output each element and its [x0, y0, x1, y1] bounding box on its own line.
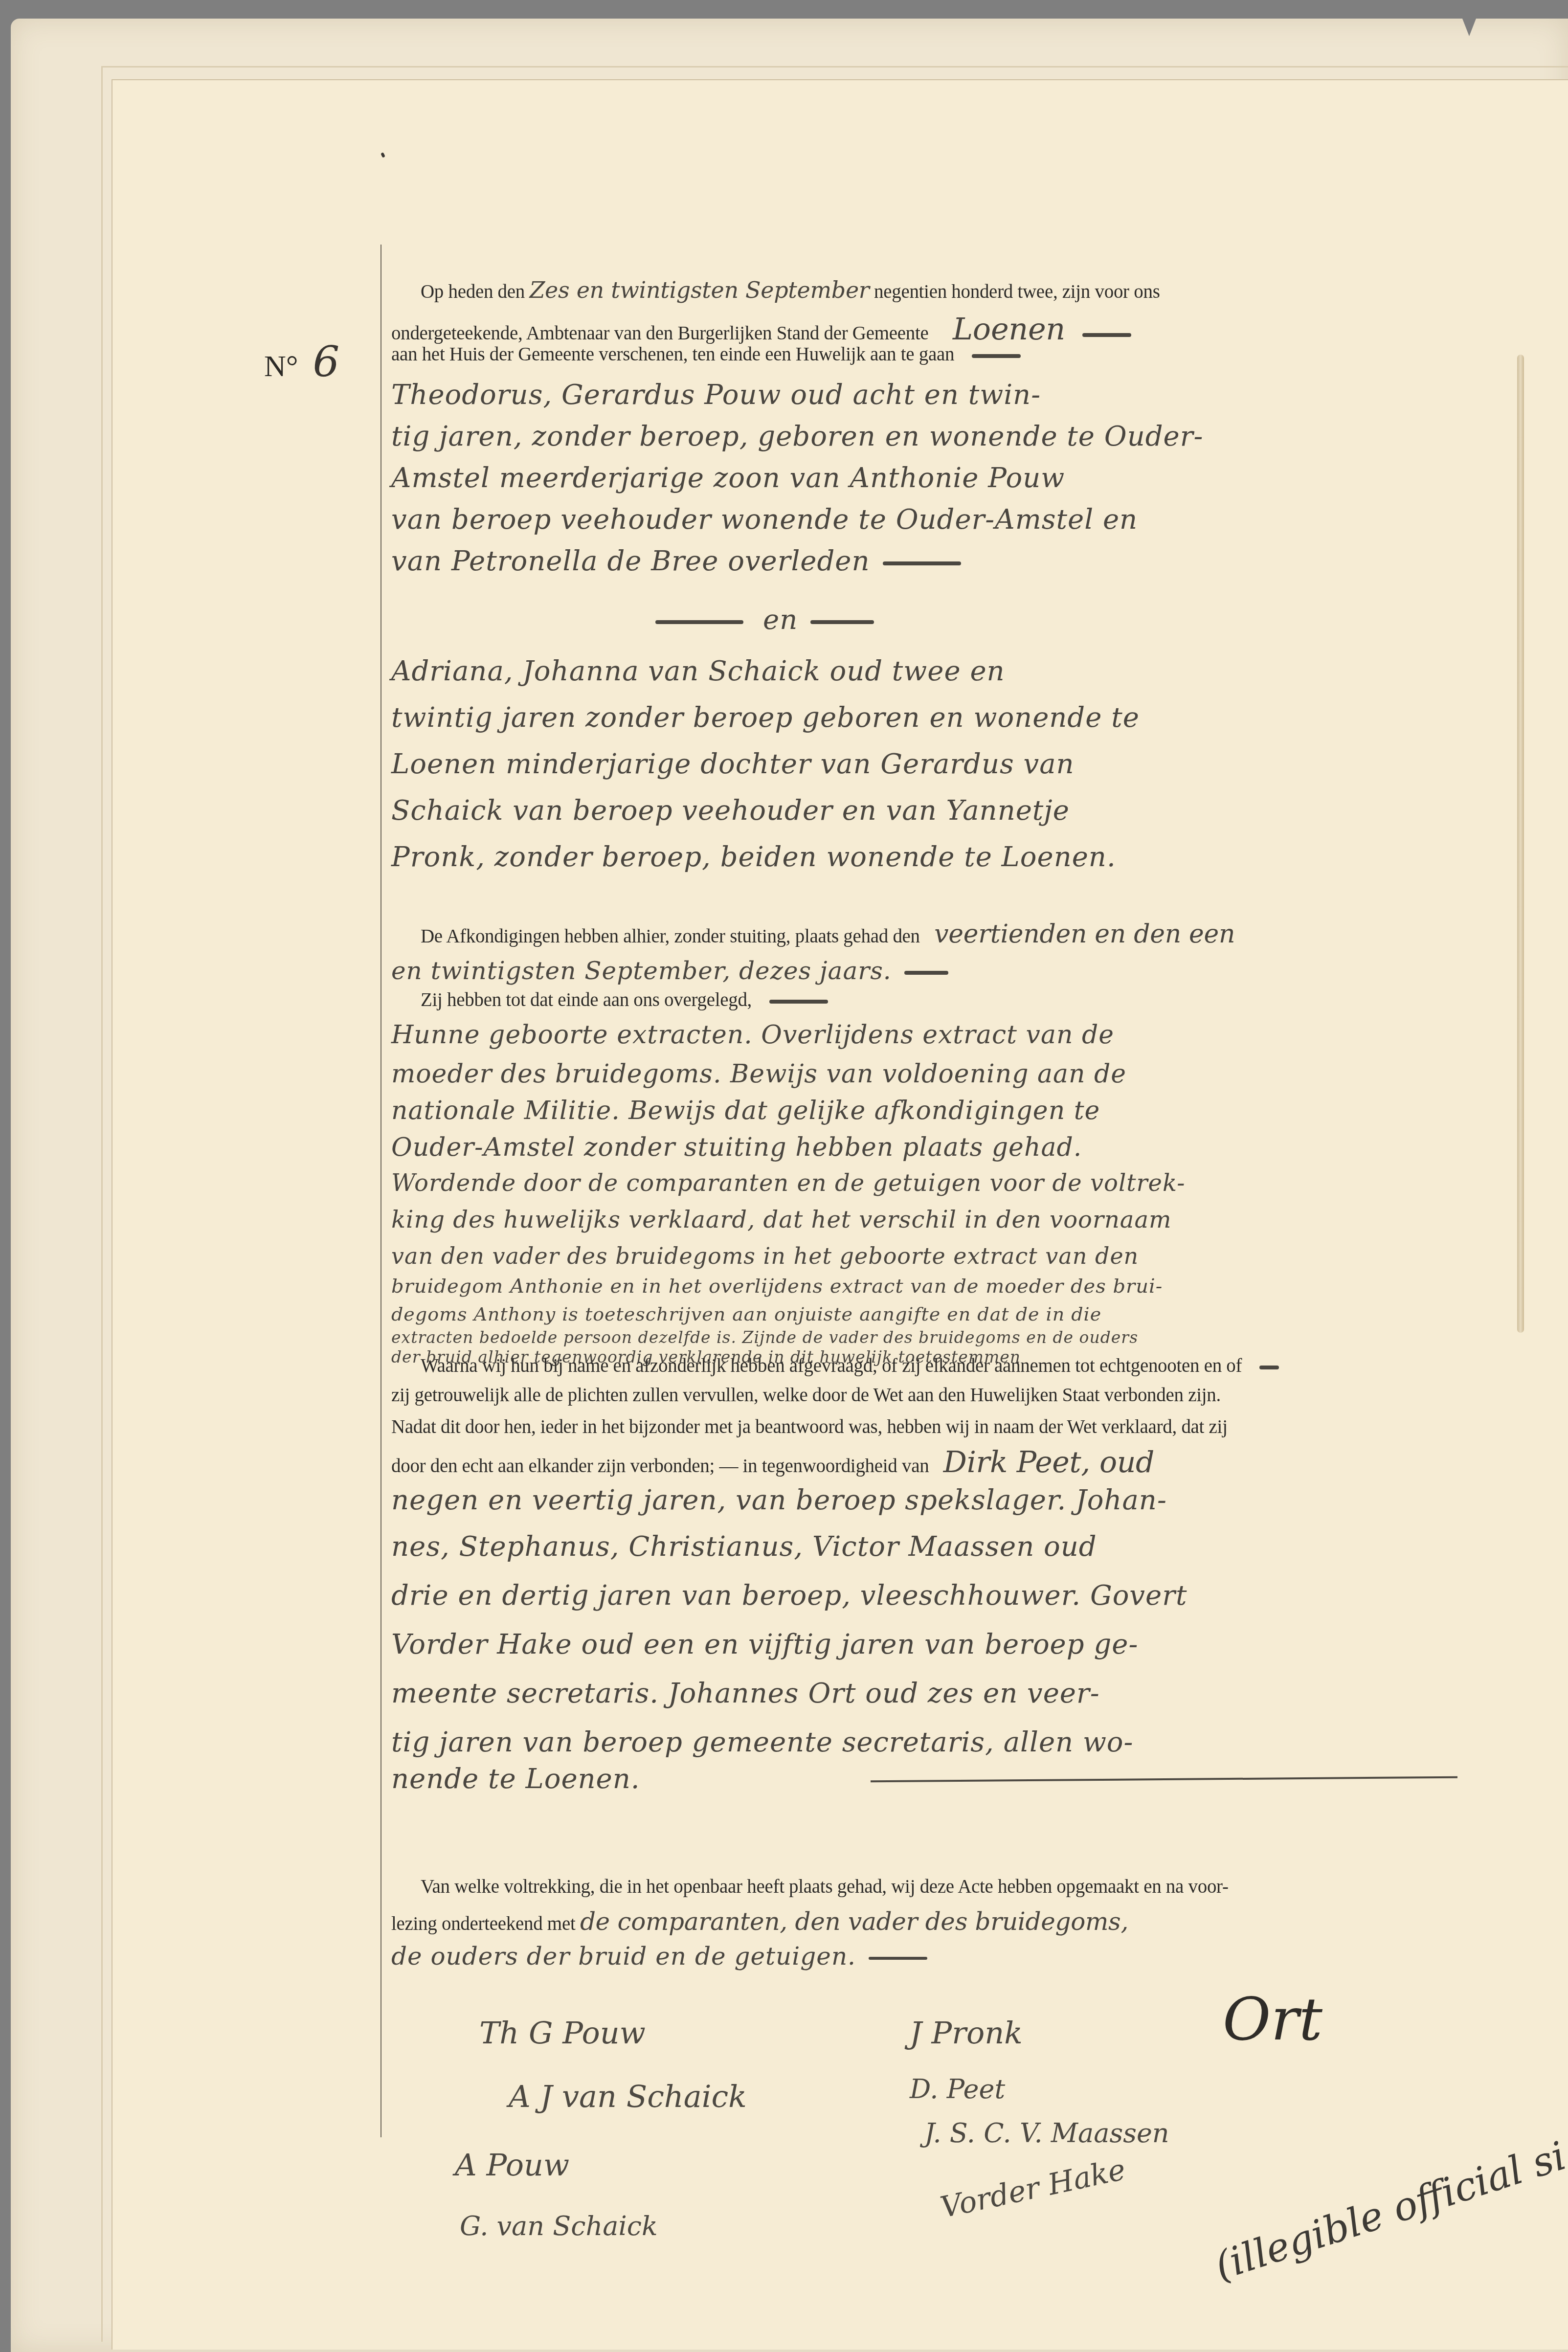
- filler-dash: [904, 971, 948, 975]
- vows-text: Waarna wij hun bij name en afzonderlijk …: [421, 1355, 1242, 1376]
- bride-line: Adriana, Johanna van Schaick oud twee en: [391, 658, 1506, 685]
- presence-prefix: door den echt aan elkander zijn verbonde…: [391, 1456, 929, 1477]
- witness-line: nende te Loenen.: [391, 1766, 1506, 1793]
- closing-line-2: lezing onderteekend met de comparanten, …: [391, 1907, 1128, 1936]
- closing-prefix: lezing onderteekend met: [391, 1913, 575, 1934]
- record-number: N°6: [264, 337, 339, 386]
- signature-bride-mother: J Pronk: [910, 2015, 1023, 2051]
- paper-tear: [1462, 19, 1476, 36]
- filler-dash: [1259, 1366, 1279, 1369]
- document-line: van den vader des bruidegoms in het gebo…: [391, 1245, 1506, 1267]
- closing-line-1: Van welke voltrekking, die in het openba…: [421, 1876, 1229, 1898]
- intro-prefix: Op heden den: [421, 281, 525, 302]
- filler-dash: [1082, 333, 1131, 337]
- margin-rule: [381, 245, 381, 2137]
- signature-witness-peet: D. Peet: [910, 2074, 1005, 2105]
- groom-line: Amstel meerderjarige zoon van Anthonie P…: [391, 465, 1506, 492]
- signature-groom: Th G Pouw: [479, 2015, 646, 2051]
- document-line: degoms Anthony is toeteschrijven aan onj…: [391, 1305, 1506, 1323]
- vows-line-3: Nadat dit door hen, ieder in het bijzond…: [391, 1416, 1228, 1438]
- witness-line: meente secretaris. Johannes Ort oud zes …: [391, 1680, 1506, 1707]
- witness-line: drie en dertig jaren van beroep, vleesch…: [391, 1582, 1506, 1610]
- filler-dash: [810, 620, 874, 624]
- groom-line: van Petronella de Bree overleden: [391, 548, 1506, 575]
- intro-line-2: ondergeteekende, Ambtenaar van den Burge…: [391, 311, 1131, 347]
- conjunction: en: [655, 606, 1568, 634]
- vows-line-1: Waarna wij hun bij name en afzonderlijk …: [421, 1355, 1279, 1377]
- witness-line: tig jaren van beroep gemeente secretaris…: [391, 1729, 1506, 1756]
- intro-line-3-text: aan het Huis der Gemeente verschenen, te…: [391, 344, 954, 365]
- groom-line: Theodorus, Gerardus Pouw oud acht en twi…: [391, 381, 1506, 409]
- groom-line: tig jaren, zonder beroep, geboren en won…: [391, 423, 1506, 450]
- vows-line-4: door den echt aan elkander zijn verbonde…: [391, 1445, 1154, 1479]
- number-label: N°: [264, 350, 298, 383]
- banns-printed: De Afkondigingen hebben alhier, zonder s…: [421, 926, 920, 947]
- closing-signers: de comparanten, den vader des bruidegoms…: [580, 1907, 1128, 1936]
- document-line: king des huwelijks verklaard, dat het ve…: [391, 1208, 1506, 1232]
- intro-suffix: negentien honderd twee, zijn voor ons: [874, 281, 1160, 302]
- filler-dash: [869, 1957, 927, 1960]
- document-line: moeder des bruidegoms. Bewijs van voldoe…: [391, 1061, 1506, 1087]
- banns-dates-2: en twintigsten September, dezes jaars.: [391, 957, 892, 985]
- bride-line: Pronk, zonder beroep, beiden wonende te …: [391, 844, 1506, 871]
- filler-dash: [655, 620, 743, 624]
- intro-line-1: Op heden den Zes en twintigsten Septembe…: [421, 277, 1160, 303]
- documents-intro: Zij hebben tot dat einde aan ons overgel…: [421, 989, 828, 1011]
- signature-groom-father: A Pouw: [455, 2147, 569, 2183]
- intro-line-3: aan het Huis der Gemeente verschenen, te…: [391, 343, 1021, 365]
- document-line: bruidegom Anthonie en in het overlijdens…: [391, 1277, 1506, 1296]
- document-line: Hunne geboorte extracten. Overlijdens ex…: [391, 1022, 1506, 1048]
- filler-dash: [769, 1000, 828, 1004]
- filler-dash: [972, 354, 1021, 358]
- number-value: 6: [313, 337, 340, 386]
- banns-line-2: en twintigsten September, dezes jaars.: [391, 959, 1506, 983]
- document-line: nationale Militie. Bewijs dat gelijke af…: [391, 1098, 1506, 1123]
- marriage-date: Zes en twintigsten September: [529, 277, 869, 303]
- intro-line-2-text: ondergeteekende, Ambtenaar van den Burge…: [391, 323, 929, 344]
- witness-line: negen en veertig jaren, van beroep speks…: [391, 1487, 1506, 1514]
- documents-printed: Zij hebben tot dat einde aan ons overgel…: [421, 989, 752, 1010]
- filler-dash: [883, 561, 961, 565]
- signature-witness-ort: Ort: [1223, 1986, 1322, 2054]
- groom-line-text: van Petronella de Bree overleden: [391, 545, 870, 577]
- signature-witness-maassen: J. S. C. V. Maassen: [924, 2118, 1169, 2149]
- witness-line: nes, Stephanus, Christianus, Victor Maas…: [391, 1533, 1506, 1561]
- document-line: Wordende door de comparanten en de getui…: [391, 1171, 1506, 1195]
- bride-line: Loenen minderjarige dochter van Gerardus…: [391, 751, 1506, 778]
- first-witness: Dirk Peet, oud: [943, 1445, 1154, 1479]
- bride-line: twintig jaren zonder beroep geboren en w…: [391, 704, 1506, 732]
- banns-dates-1: veertienden en den een: [934, 919, 1235, 949]
- document-line: Ouder-Amstel zonder stuiting hebben plaa…: [391, 1135, 1506, 1160]
- closing-signers-2: de ouders der bruid en de getuigen.: [391, 1942, 856, 1971]
- closing-line-3: de ouders der bruid en de getuigen.: [391, 1944, 1506, 1969]
- groom-line: van beroep veehouder wonende te Ouder-Am…: [391, 506, 1506, 534]
- binding-stitch: [1517, 355, 1524, 1333]
- signature-bride-father: G. van Schaick: [460, 2211, 658, 2241]
- witness-line: Vorder Hake oud een en vijftig jaren van…: [391, 1631, 1506, 1658]
- conjunction-text: en: [763, 604, 798, 636]
- signature-bride: A J van Schaick: [509, 2079, 747, 2114]
- banns-line-1: De Afkondigingen hebben alhier, zonder s…: [421, 919, 1235, 949]
- document-line: extracten bedoelde persoon dezelfde is. …: [391, 1329, 1506, 1345]
- municipality: Loenen: [953, 311, 1065, 347]
- bride-line: Schaick van beroep veehouder en van Yann…: [391, 797, 1506, 825]
- vows-line-2: zij getrouwelijk alle de plichten zullen…: [391, 1384, 1221, 1406]
